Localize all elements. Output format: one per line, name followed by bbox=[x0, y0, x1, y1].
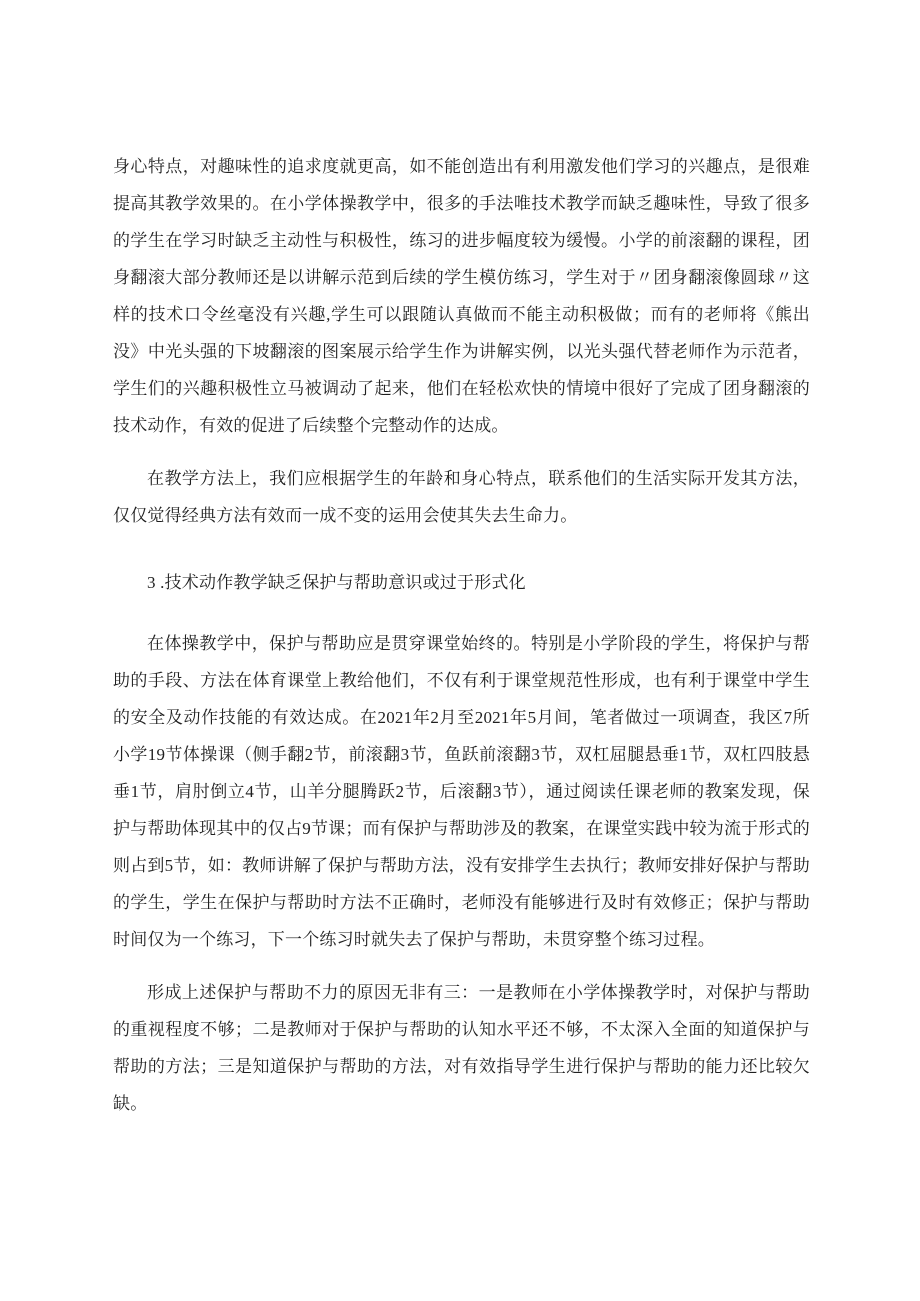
body-paragraph: 在教学方法上，我们应根据学生的年龄和身心特点，联系他们的生活实际开发其方法，仅仅… bbox=[113, 460, 810, 534]
section-heading: 3 .技术动作教学缺乏保护与帮助意识或过于形式化 bbox=[113, 564, 810, 601]
document-page: 身心特点，对趣味性的追求度就更高，如不能创造出有利用激发他们学习的兴趣点，是很难… bbox=[0, 0, 920, 1301]
document-content: 身心特点，对趣味性的追求度就更高，如不能创造出有利用激发他们学习的兴趣点，是很难… bbox=[113, 148, 810, 1138]
body-paragraph: 身心特点，对趣味性的追求度就更高，如不能创造出有利用激发他们学习的兴趣点，是很难… bbox=[113, 148, 810, 444]
body-paragraph: 在体操教学中，保护与帮助应是贯穿课堂始终的。特别是小学阶段的学生，将保护与帮助的… bbox=[113, 625, 810, 958]
body-paragraph: 形成上述保护与帮助不力的原因无非有三：一是教师在小学体操教学时，对保护与帮助的重… bbox=[113, 974, 810, 1122]
